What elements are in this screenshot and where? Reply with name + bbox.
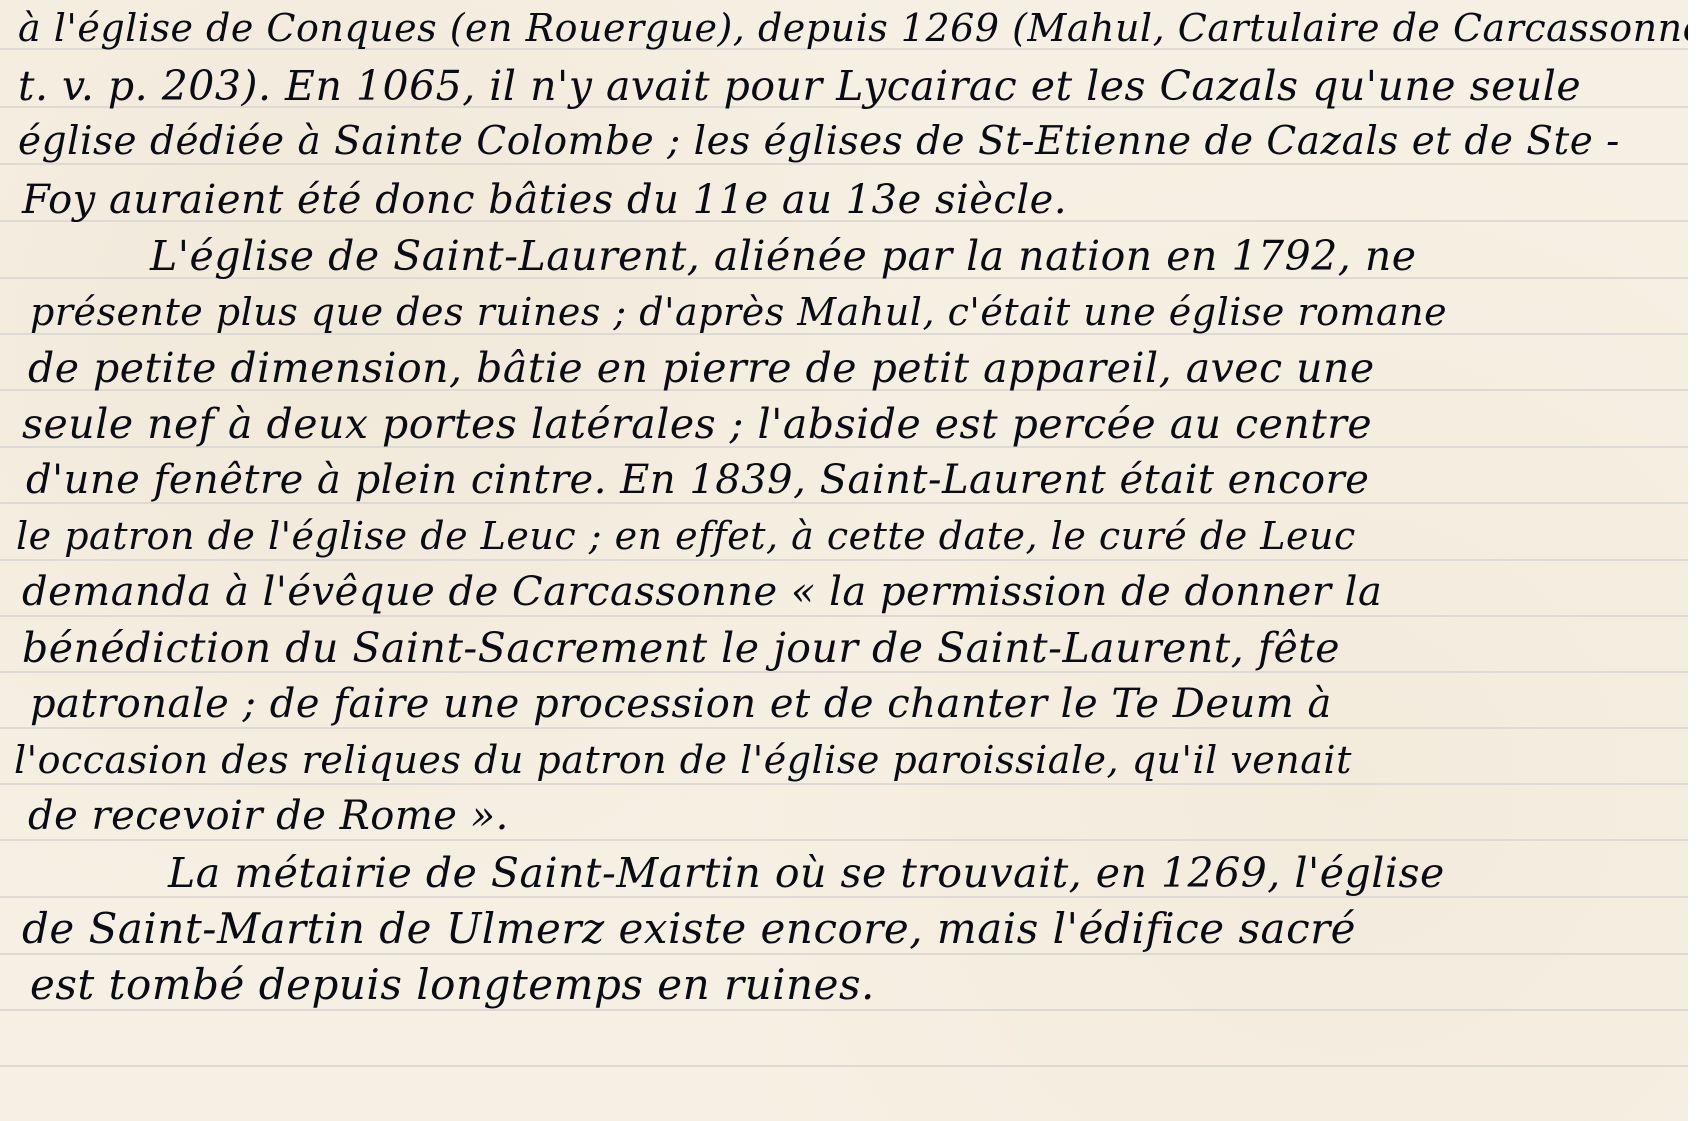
text-line: de petite dimension, bâtie en pierre de …: [28, 340, 1375, 396]
text-line: de Saint-Martin de Ulmerz existe encore,…: [22, 901, 1356, 957]
text-line: le patron de l'église de Leuc ; en effet…: [16, 508, 1356, 564]
text-line: d'une fenêtre à plein cintre. En 1839, S…: [26, 452, 1369, 508]
text-line: La métairie de Saint-Martin où se trouva…: [168, 845, 1445, 901]
text-line: de recevoir de Rome ».: [28, 788, 509, 844]
text-line: présente plus que des ruines ; d'après M…: [30, 284, 1447, 340]
scan-margin: [1688, 0, 1700, 1121]
text-line: l'occasion des reliques du patron de l'é…: [14, 732, 1352, 788]
ruled-line: [0, 1065, 1688, 1067]
text-line: t. v. p. 203). En 1065, il n'y avait pou…: [18, 58, 1581, 114]
manuscript-page: à l'église de Conques (en Rouergue), dep…: [0, 0, 1688, 1121]
text-line: demanda à l'évêque de Carcassonne « la p…: [22, 564, 1382, 620]
text-line: L'église de Saint-Laurent, aliénée par l…: [150, 228, 1417, 284]
text-line: seule nef à deux portes latérales ; l'ab…: [22, 396, 1372, 452]
text-line: Foy auraient été donc bâties du 11e au 1…: [22, 172, 1067, 228]
text-line: est tombé depuis longtemps en ruines.: [30, 957, 875, 1013]
text-line: bénédiction du Saint-Sacrement le jour d…: [22, 620, 1340, 676]
text-line: patronale ; de faire une procession et d…: [30, 676, 1332, 732]
text-line: à l'église de Conques (en Rouergue), dep…: [18, 0, 1700, 56]
text-line: église dédiée à Sainte Colombe ; les égl…: [18, 114, 1620, 170]
